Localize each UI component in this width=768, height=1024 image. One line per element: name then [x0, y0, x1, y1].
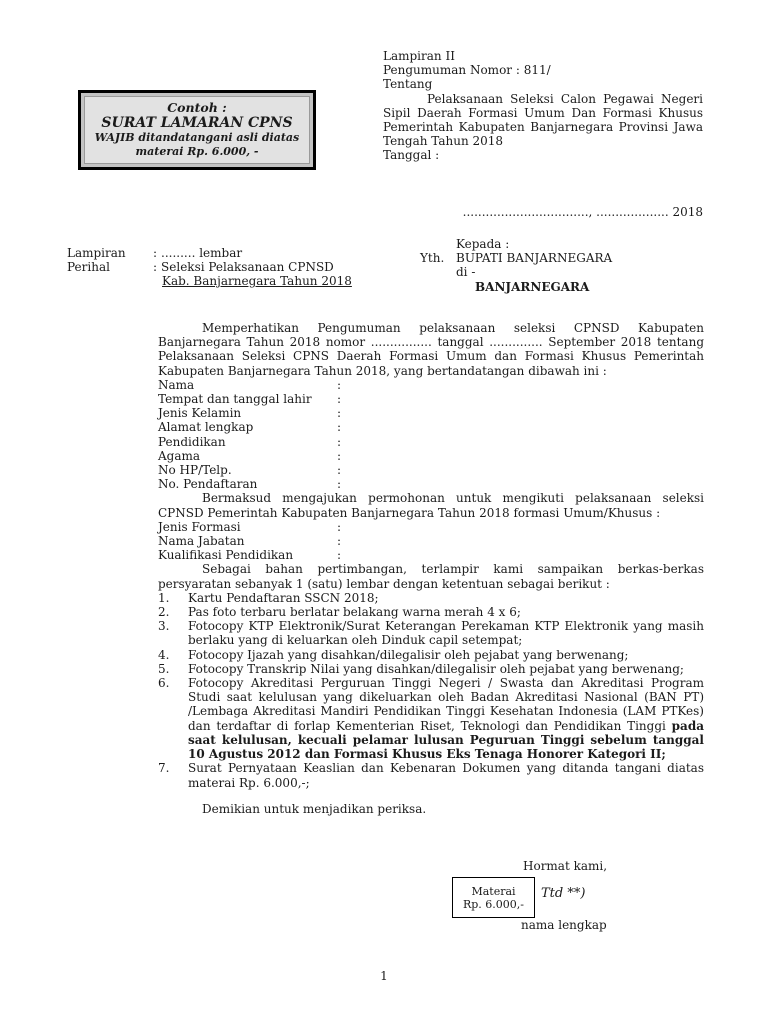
yth-row: Yth. BUPATI BANJARNEGARA — [420, 251, 700, 265]
recipient-name: BUPATI BANJARNEGARA — [456, 251, 612, 265]
field-row: No. Pendaftaran: — [158, 477, 704, 491]
closing-paragraph: Demikian untuk menjadikan periksa. — [158, 802, 704, 816]
colon: : — [337, 548, 341, 562]
requirement-item: 4. Fotocopy Ijazah yang disahkan/dilegal… — [158, 648, 704, 662]
requirement-item: 2. Pas foto terbaru berlatar belakang wa… — [158, 605, 704, 619]
field-row: Agama: — [158, 449, 704, 463]
paragraph-1: Memperhatikan Pengumuman pelaksanaan sel… — [158, 321, 704, 378]
item-number: 1. — [158, 591, 188, 605]
ttd-placeholder: Ttd **) — [541, 887, 585, 901]
date-line: ................................., .....… — [383, 205, 703, 219]
paragraph-2: Bermaksud mengajukan permohonan untuk me… — [158, 491, 704, 519]
hormat-kami: Hormat kami, — [523, 859, 607, 873]
pengumuman-subject: Pelaksanaan Seleksi Calon Pegawai Negeri… — [383, 92, 703, 149]
lampiran-header: Lampiran II Pengumuman Nomor : 811/ Tent… — [383, 49, 703, 163]
page-number: 1 — [0, 969, 768, 983]
colon: : — [153, 260, 157, 274]
paragraph-3: Sebagai bahan pertimbangan, terlampir ka… — [158, 562, 704, 590]
field-row: Pendidikan: — [158, 435, 704, 449]
colon: : — [337, 378, 341, 392]
field-label: Jenis Kelamin — [158, 406, 337, 420]
item-text: Pas foto terbaru berlatar belakang warna… — [188, 605, 704, 619]
materai-stamp-box: Materai Rp. 6.000,- — [452, 877, 535, 918]
field-label: Nama Jabatan — [158, 534, 337, 548]
item-text-normal: Fotocopy Akreditasi Perguruan Tinggi Neg… — [188, 676, 704, 733]
requirement-item: 1. Kartu Pendaftaran SSCN 2018; — [158, 591, 704, 605]
field-row: Jenis Formasi: — [158, 520, 704, 534]
perihal-row: Perihal:Seleksi Pelaksanaan CPNSD — [67, 260, 367, 274]
kepada-label: Kepada : — [456, 237, 700, 251]
contoh-note-line2: materai Rp. 6.000, - — [89, 145, 305, 159]
colon: : — [337, 406, 341, 420]
item-text: Kartu Pendaftaran SSCN 2018; — [188, 591, 704, 605]
item-number: 5. — [158, 662, 188, 676]
field-label: Jenis Formasi — [158, 520, 337, 534]
requirement-item: 6. Fotocopy Akreditasi Perguruan Tinggi … — [158, 676, 704, 761]
requirement-item: 5. Fotocopy Transkrip Nilai yang disahka… — [158, 662, 704, 676]
field-label: Alamat lengkap — [158, 420, 337, 434]
requirement-item: 7. Surat Pernyataan Keaslian dan Kebenar… — [158, 761, 704, 789]
tentang-label: Tentang — [383, 77, 703, 91]
field-label: Nama — [158, 378, 337, 392]
contoh-stamp-box: Contoh : SURAT LAMARAN CPNS WAJIB ditand… — [78, 90, 316, 170]
field-row: Kualifikasi Pendidikan: — [158, 548, 704, 562]
lampiran-label: Lampiran — [67, 246, 153, 260]
perihal-value-underlined: Kab. Banjarnegara Tahun 2018 — [162, 274, 352, 288]
recipient-city: BANJARNEGARA — [475, 280, 700, 294]
letter-meta: Lampiran:......... lembar Perihal:Seleks… — [67, 246, 367, 289]
item-text: Fotocopy Akreditasi Perguruan Tinggi Neg… — [188, 676, 704, 761]
colon: : — [337, 449, 341, 463]
pengumuman-nomor: Pengumuman Nomor : 811/ — [383, 63, 703, 77]
lampiran-value: ......... lembar — [161, 246, 242, 260]
perihal-value: Seleksi Pelaksanaan CPNSD — [161, 260, 334, 274]
letter-page: Contoh : SURAT LAMARAN CPNS WAJIB ditand… — [0, 0, 768, 1024]
field-label: No HP/Telp. — [158, 463, 337, 477]
field-label: No. Pendaftaran — [158, 477, 337, 491]
item-number: 6. — [158, 676, 188, 761]
requirement-item: 3. Fotocopy KTP Elektronik/Surat Keteran… — [158, 619, 704, 647]
item-number: 7. — [158, 761, 188, 789]
materai-line2: Rp. 6.000,- — [463, 898, 524, 911]
field-row: Jenis Kelamin: — [158, 406, 704, 420]
item-text: Fotocopy Transkrip Nilai yang disahkan/d… — [188, 662, 704, 676]
nama-lengkap: nama lengkap — [521, 918, 607, 932]
perihal-row2: Kab. Banjarnegara Tahun 2018 — [162, 274, 367, 288]
contoh-label: Contoh : — [89, 100, 305, 115]
tanggal-label: Tanggal : — [383, 148, 703, 162]
colon: : — [337, 392, 341, 406]
item-number: 3. — [158, 619, 188, 647]
colon: : — [337, 435, 341, 449]
yth-label: Yth. — [420, 251, 456, 265]
colon: : — [337, 463, 341, 477]
perihal-label: Perihal — [67, 260, 153, 274]
field-row: No HP/Telp.: — [158, 463, 704, 477]
contoh-title: SURAT LAMARAN CPNS — [89, 115, 305, 131]
lampiran-ii: Lampiran II — [383, 49, 703, 63]
item-number: 2. — [158, 605, 188, 619]
contoh-stamp-inner: Contoh : SURAT LAMARAN CPNS WAJIB ditand… — [84, 96, 310, 164]
field-label: Tempat dan tanggal lahir — [158, 392, 337, 406]
field-row: Alamat lengkap: — [158, 420, 704, 434]
colon: : — [337, 534, 341, 548]
field-label: Agama — [158, 449, 337, 463]
colon: : — [337, 420, 341, 434]
item-text: Fotocopy KTP Elektronik/Surat Keterangan… — [188, 619, 704, 647]
colon: : — [337, 520, 341, 534]
item-number: 4. — [158, 648, 188, 662]
field-row: Tempat dan tanggal lahir: — [158, 392, 704, 406]
field-label: Pendidikan — [158, 435, 337, 449]
di-label: di - — [456, 265, 700, 279]
field-row: Nama: — [158, 378, 704, 392]
contoh-note-line1: WAJIB ditandatangani asli diatas — [89, 131, 305, 145]
field-row: Nama Jabatan: — [158, 534, 704, 548]
field-label: Kualifikasi Pendidikan — [158, 548, 337, 562]
colon: : — [337, 477, 341, 491]
letter-body: Memperhatikan Pengumuman pelaksanaan sel… — [158, 321, 704, 816]
item-text: Surat Pernyataan Keaslian dan Kebenaran … — [188, 761, 704, 789]
colon: : — [153, 246, 157, 260]
recipient-block: Kepada : Yth. BUPATI BANJARNEGARA di - B… — [420, 237, 700, 294]
item-text: Fotocopy Ijazah yang disahkan/dilegalisi… — [188, 648, 704, 662]
materai-line1: Materai — [471, 885, 515, 898]
lampiran-row: Lampiran:......... lembar — [67, 246, 367, 260]
